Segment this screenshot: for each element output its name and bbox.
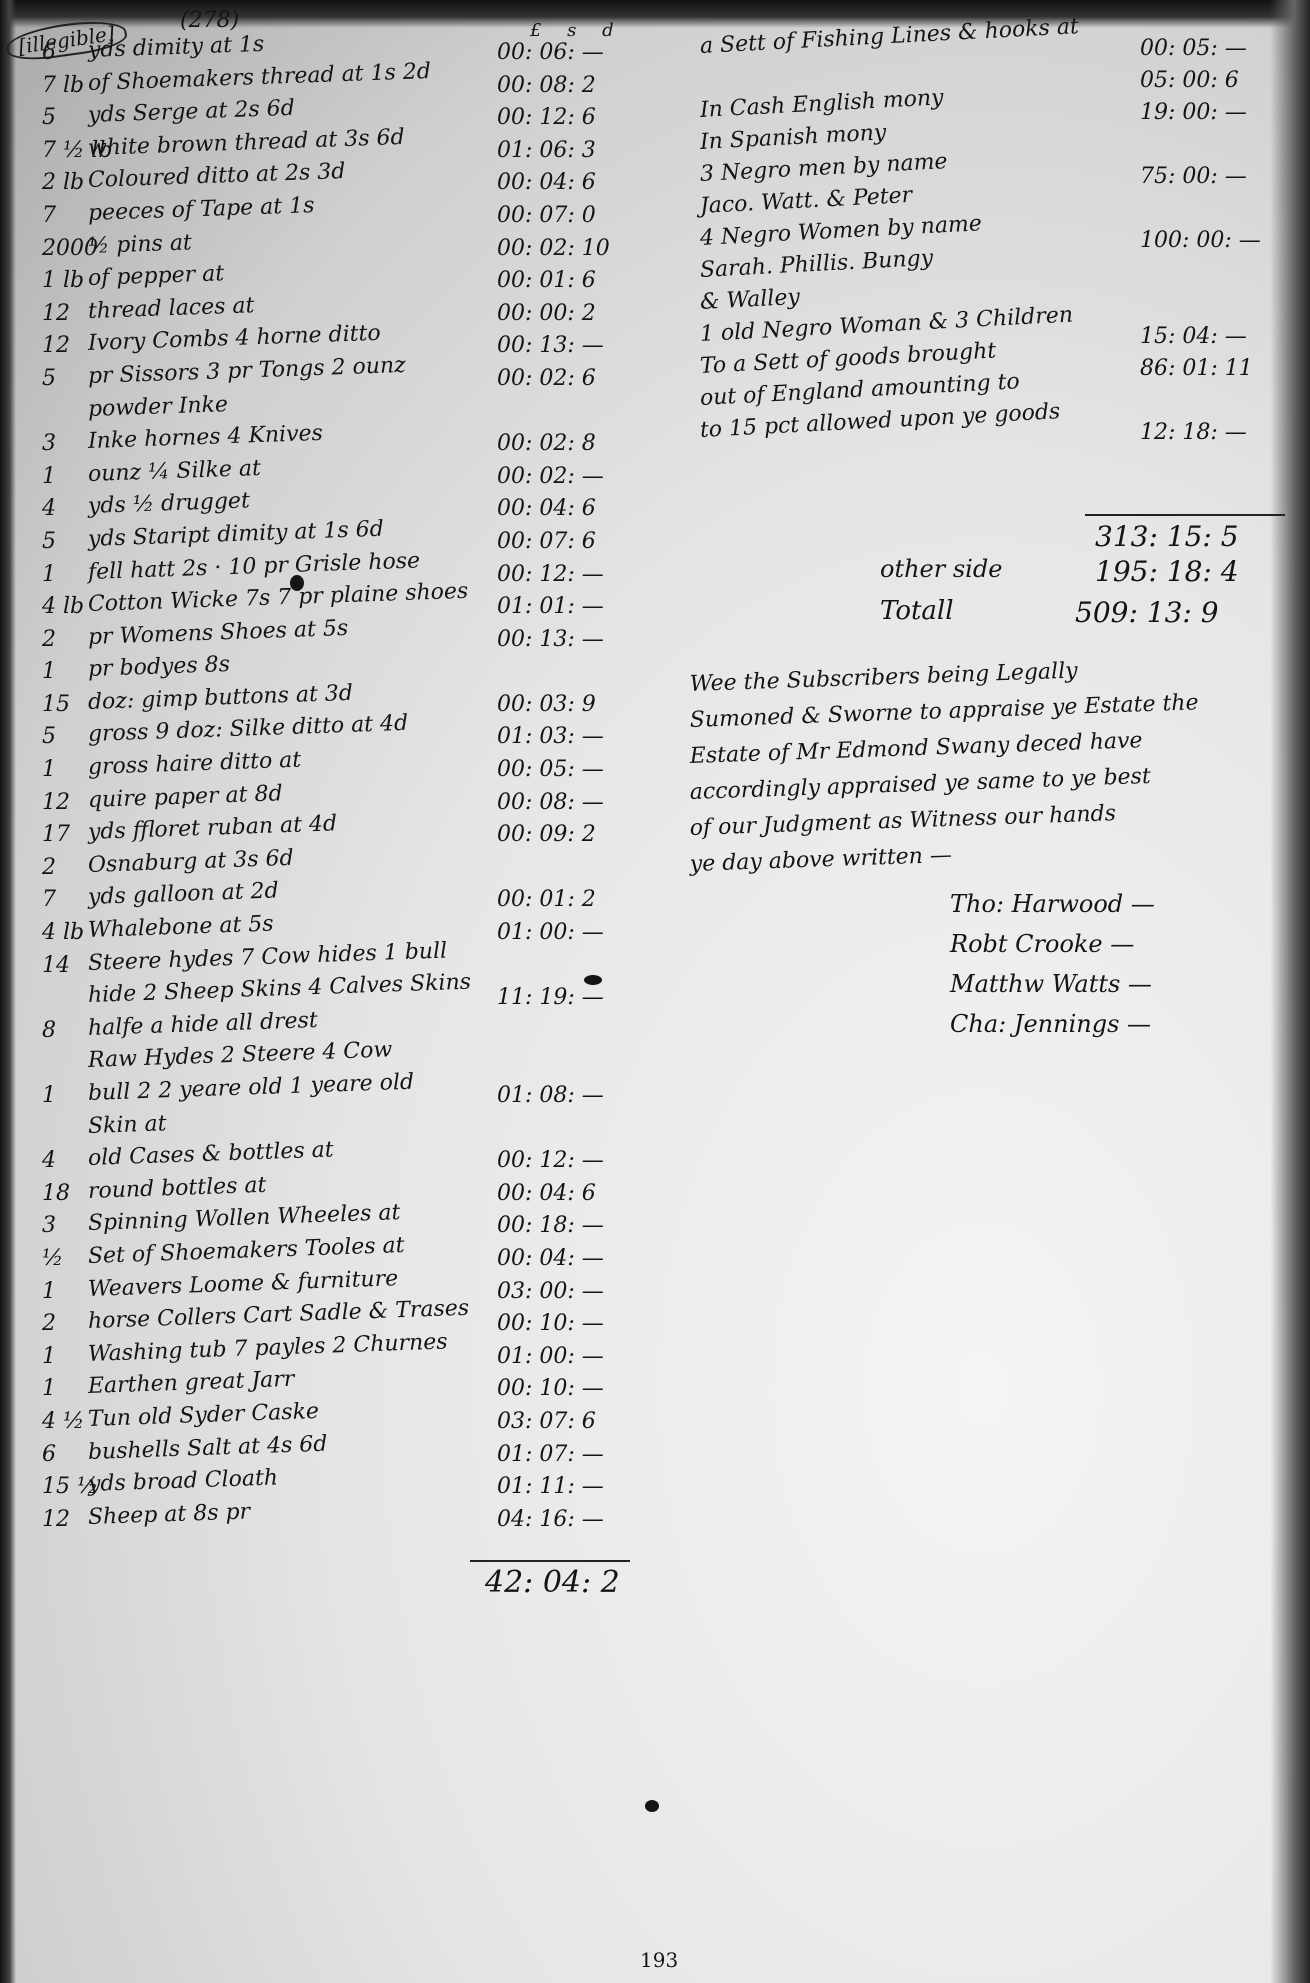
item-amount: 00: 05: — — [1140, 36, 1247, 61]
item-amount: 100: 00: — — [1140, 228, 1261, 253]
item-quantity: 6 — [42, 40, 86, 65]
inventory-row: 6bushells Salt at 4s 6d01: 07: — — [42, 1440, 662, 1473]
item-amount: 00: 07: 0 — [497, 203, 596, 228]
item-quantity: 6 — [42, 1442, 86, 1467]
item-quantity: 1 lb — [42, 268, 86, 293]
item-quantity: ½ — [42, 1246, 86, 1271]
item-quantity: 1 — [42, 659, 86, 684]
item-description: Earthen great Jarr — [88, 1367, 295, 1399]
item-quantity: 1 — [42, 464, 86, 489]
appraiser-signatures: Tho: Harwood — Robt Crooke — Matthw Watt… — [950, 890, 1155, 1050]
item-amount: 19: 00: — — [1140, 100, 1247, 125]
grand-total-amount: 509: 13: 9 — [1075, 596, 1219, 629]
item-quantity: 1 — [42, 562, 86, 587]
item-amount: 00: 06: — — [497, 40, 604, 65]
signature: Robt Crooke — — [950, 930, 1155, 970]
item-amount: 00: 08: 2 — [497, 73, 596, 98]
item-amount: 00: 01: 6 — [497, 268, 596, 293]
item-quantity: 7 — [42, 203, 86, 228]
inventory-row: 2Osnaburg at 3s 6d — [42, 853, 662, 886]
item-quantity: 4 lb — [42, 920, 86, 945]
item-description: yds broad Cloath — [88, 1465, 279, 1497]
inventory-row: 4old Cases & bottles at00: 12: — — [42, 1146, 662, 1179]
item-amount: 00: 04: 6 — [497, 170, 596, 195]
item-quantity: 14 — [42, 953, 86, 978]
item-amount: 03: 07: 6 — [497, 1409, 596, 1434]
folio-number: (278) — [180, 8, 239, 33]
item-amount: 01: 03: — — [497, 724, 604, 749]
grand-total-label: Totall — [880, 596, 954, 626]
inventory-row: 5gross 9 doz: Silke ditto at 4d01: 03: — — [42, 722, 662, 755]
item-quantity: 5 — [42, 529, 86, 554]
item-quantity: 4 ½ — [42, 1409, 86, 1434]
ink-blot — [584, 975, 602, 985]
inventory-row: 7 lbof Shoemakers thread at 1s 2d00: 08:… — [42, 71, 662, 104]
signature: Matthw Watts — — [950, 970, 1155, 1010]
item-quantity: 3 — [42, 431, 86, 456]
item-quantity: 8 — [42, 1018, 86, 1043]
item-amount: 00: 01: 2 — [497, 887, 596, 912]
signature: Cha: Jennings — — [950, 1010, 1155, 1050]
item-description: & Walley — [699, 285, 800, 315]
appraisers-oath: Wee the Subscribers being Legally Sumone… — [690, 672, 1290, 888]
other-side-label: other side — [880, 555, 1002, 583]
item-quantity: 7 lb — [42, 73, 86, 98]
inventory-row: hide 2 Sheep Skins 4 Calves Skins11: 19:… — [42, 983, 662, 1016]
inventory-row: 1bull 2 2 yeare old 1 yeare old01: 08: — — [42, 1081, 662, 1114]
inventory-row: 1ounz ¼ Silke at00: 02: — — [42, 462, 662, 495]
item-amount: 00: 09: 2 — [497, 822, 596, 847]
item-quantity: 12 — [42, 1507, 86, 1532]
scan-left-shadow — [0, 0, 16, 1983]
item-quantity: 18 — [42, 1181, 86, 1206]
item-description: yds ½ drugget — [88, 489, 251, 520]
item-amount: 00: 04: 6 — [497, 496, 596, 521]
signature: Tho: Harwood — — [950, 890, 1155, 930]
item-quantity: 12 — [42, 301, 86, 326]
item-quantity: 12 — [42, 790, 86, 815]
item-quantity: 2 — [42, 855, 86, 880]
item-amount: 86: 01: 11 — [1140, 356, 1253, 381]
item-amount: 00: 12: 6 — [497, 105, 596, 130]
inventory-row: 12quire paper at 8d00: 08: — — [42, 788, 662, 821]
item-amount: 00: 02: — — [497, 464, 604, 489]
item-quantity: 3 — [42, 1213, 86, 1238]
inventory-left-column: 6yds dimity at 1s00: 06: —7 lbof Shoemak… — [42, 38, 662, 1537]
item-quantity: 5 — [42, 724, 86, 749]
inventory-row: 5pr Sissors 3 pr Tongs 2 ounz00: 02: 6 — [42, 364, 662, 397]
item-amount: 00: 13: — — [497, 627, 604, 652]
item-quantity: 1 — [42, 1376, 86, 1401]
manuscript-page: [illegible] (278) £ s d 6yds dimity at 1… — [0, 0, 1310, 1983]
item-quantity: 7 — [42, 887, 86, 912]
item-amount: 00: 02: 6 — [497, 366, 596, 391]
inventory-row: 1 lbof pepper at00: 01: 6 — [42, 266, 662, 299]
inventory-row: a Sett of Fishing Lines & hooks at00: 05… — [700, 34, 1290, 66]
item-amount: 00: 10: — — [497, 1376, 604, 1401]
item-amount: 03: 00: — — [497, 1279, 604, 1304]
item-amount: 15: 04: — — [1140, 324, 1247, 349]
item-amount: 01: 07: — — [497, 1442, 604, 1467]
item-amount: 00: 08: — — [497, 790, 604, 815]
item-amount: 00: 18: — — [497, 1213, 604, 1238]
other-side-amount: 195: 18: 4 — [1095, 555, 1239, 588]
item-quantity: 1 — [42, 1344, 86, 1369]
item-amount: 01: 00: — — [497, 920, 604, 945]
item-description: ½ pins at — [88, 230, 193, 259]
item-description: Whalebone at 5s — [88, 912, 274, 943]
inventory-row: 3Inke hornes 4 Knives00: 02: 8 — [42, 429, 662, 462]
item-quantity: 2 lb — [42, 170, 86, 195]
subtotal-rule — [1085, 514, 1285, 516]
item-amount: 00: 04: — — [497, 1246, 604, 1271]
item-quantity: 2000 — [42, 236, 86, 261]
item-amount: 00: 13: — — [497, 333, 604, 358]
item-amount: 00: 00: 2 — [497, 301, 596, 326]
item-description: thread laces at — [88, 293, 255, 324]
item-description: yds galloon at 2d — [88, 879, 280, 911]
item-amount: 01: 11: — — [497, 1474, 604, 1499]
item-description: Skin at — [88, 1111, 167, 1139]
inventory-row: 2 lbColoured ditto at 2s 3d00: 04: 6 — [42, 168, 662, 201]
inventory-row: 7yds galloon at 2d00: 01: 2 — [42, 885, 662, 918]
inventory-row: 2000½ pins at00: 02: 10 — [42, 234, 662, 267]
item-description: yds dimity at 1s — [88, 32, 265, 63]
inventory-row: 1Washing tub 7 payles 2 Churnes01: 00: — — [42, 1342, 662, 1375]
item-amount: 00: 05: — — [497, 757, 604, 782]
item-amount: 11: 19: — — [497, 985, 604, 1010]
item-description: round bottles at — [88, 1173, 267, 1204]
item-quantity: 4 — [42, 496, 86, 521]
item-quantity: 15 — [42, 692, 86, 717]
item-amount: 12: 18: — — [1140, 420, 1247, 445]
inventory-row: 1gross haire ditto at00: 05: — — [42, 755, 662, 788]
item-description: powder Inke — [88, 392, 229, 422]
item-quantity: 1 — [42, 757, 86, 782]
item-amount: 01: 01: — — [497, 594, 604, 619]
inventory-row: 17yds ffloret ruban at 4d00: 09: 2 — [42, 820, 662, 853]
inventory-row: powder Inke — [42, 397, 662, 430]
inventory-row: Skin at — [42, 1114, 662, 1147]
left-column-total: 42: 04: 2 — [485, 1565, 620, 1600]
ink-blot — [645, 1800, 659, 1812]
item-amount: 75: 00: — — [1140, 164, 1247, 189]
item-quantity: 2 — [42, 627, 86, 652]
item-quantity: 4 — [42, 1148, 86, 1173]
total-rule — [470, 1560, 630, 1562]
item-quantity: 2 — [42, 1311, 86, 1336]
item-quantity: 5 — [42, 366, 86, 391]
item-amount: 01: 00: — — [497, 1344, 604, 1369]
item-description: of pepper at — [88, 261, 225, 291]
item-quantity: 15 ½ — [42, 1474, 86, 1499]
inventory-row: 4 ½Tun old Syder Caske03: 07: 6 — [42, 1407, 662, 1440]
inventory-row: 7 ½ lbwhite brown thread at 3s 6d01: 06:… — [42, 136, 662, 169]
item-amount: 00: 12: — — [497, 1148, 604, 1173]
item-quantity: 4 lb — [42, 594, 86, 619]
item-quantity: 1 — [42, 1083, 86, 1108]
item-quantity: 1 — [42, 1279, 86, 1304]
right-subtotal: 313: 15: 5 — [1095, 520, 1239, 553]
item-amount: 00: 12: — — [497, 562, 604, 587]
item-amount: 01: 08: — — [497, 1083, 604, 1108]
inventory-row: 15 ½yds broad Cloath01: 11: — — [42, 1472, 662, 1505]
item-amount: 01: 06: 3 — [497, 138, 596, 163]
item-description: ounz ¼ Silke at — [88, 456, 262, 487]
item-amount: 00: 07: 6 — [497, 529, 596, 554]
item-amount: 00: 10: — — [497, 1311, 604, 1336]
item-quantity: 7 ½ lb — [42, 138, 86, 163]
page-number: 193 — [640, 1948, 678, 1972]
item-quantity: 5 — [42, 105, 86, 130]
item-quantity: 17 — [42, 822, 86, 847]
inventory-row: 1Earthen great Jarr00: 10: — — [42, 1374, 662, 1407]
inventory-row: 2pr Womens Shoes at 5s00: 13: — — [42, 625, 662, 658]
inventory-row: to 15 pct allowed upon ye goods12: 18: — — [700, 418, 1290, 450]
item-description: Sheep at 8s pr — [88, 1499, 251, 1530]
item-quantity: 12 — [42, 333, 86, 358]
item-description: pr bodyes 8s — [88, 652, 231, 682]
item-amount: 00: 03: 9 — [497, 692, 596, 717]
item-amount: 05: 00: 6 — [1140, 68, 1239, 93]
item-amount: 00: 02: 8 — [497, 431, 596, 456]
inventory-row: 4 lbCotton Wicke 7s 7 pr plaine shoes01:… — [42, 592, 662, 625]
inventory-row: 12Sheep at 8s pr04: 16: — — [42, 1505, 662, 1538]
ink-blot — [290, 575, 304, 591]
inventory-row: 7peeces of Tape at 1s00: 07: 0 — [42, 201, 662, 234]
item-amount: 00: 02: 10 — [497, 236, 610, 261]
item-amount: 04: 16: — — [497, 1507, 604, 1532]
inventory-right-column: a Sett of Fishing Lines & hooks at00: 05… — [700, 34, 1290, 450]
item-amount: 00: 04: 6 — [497, 1181, 596, 1206]
